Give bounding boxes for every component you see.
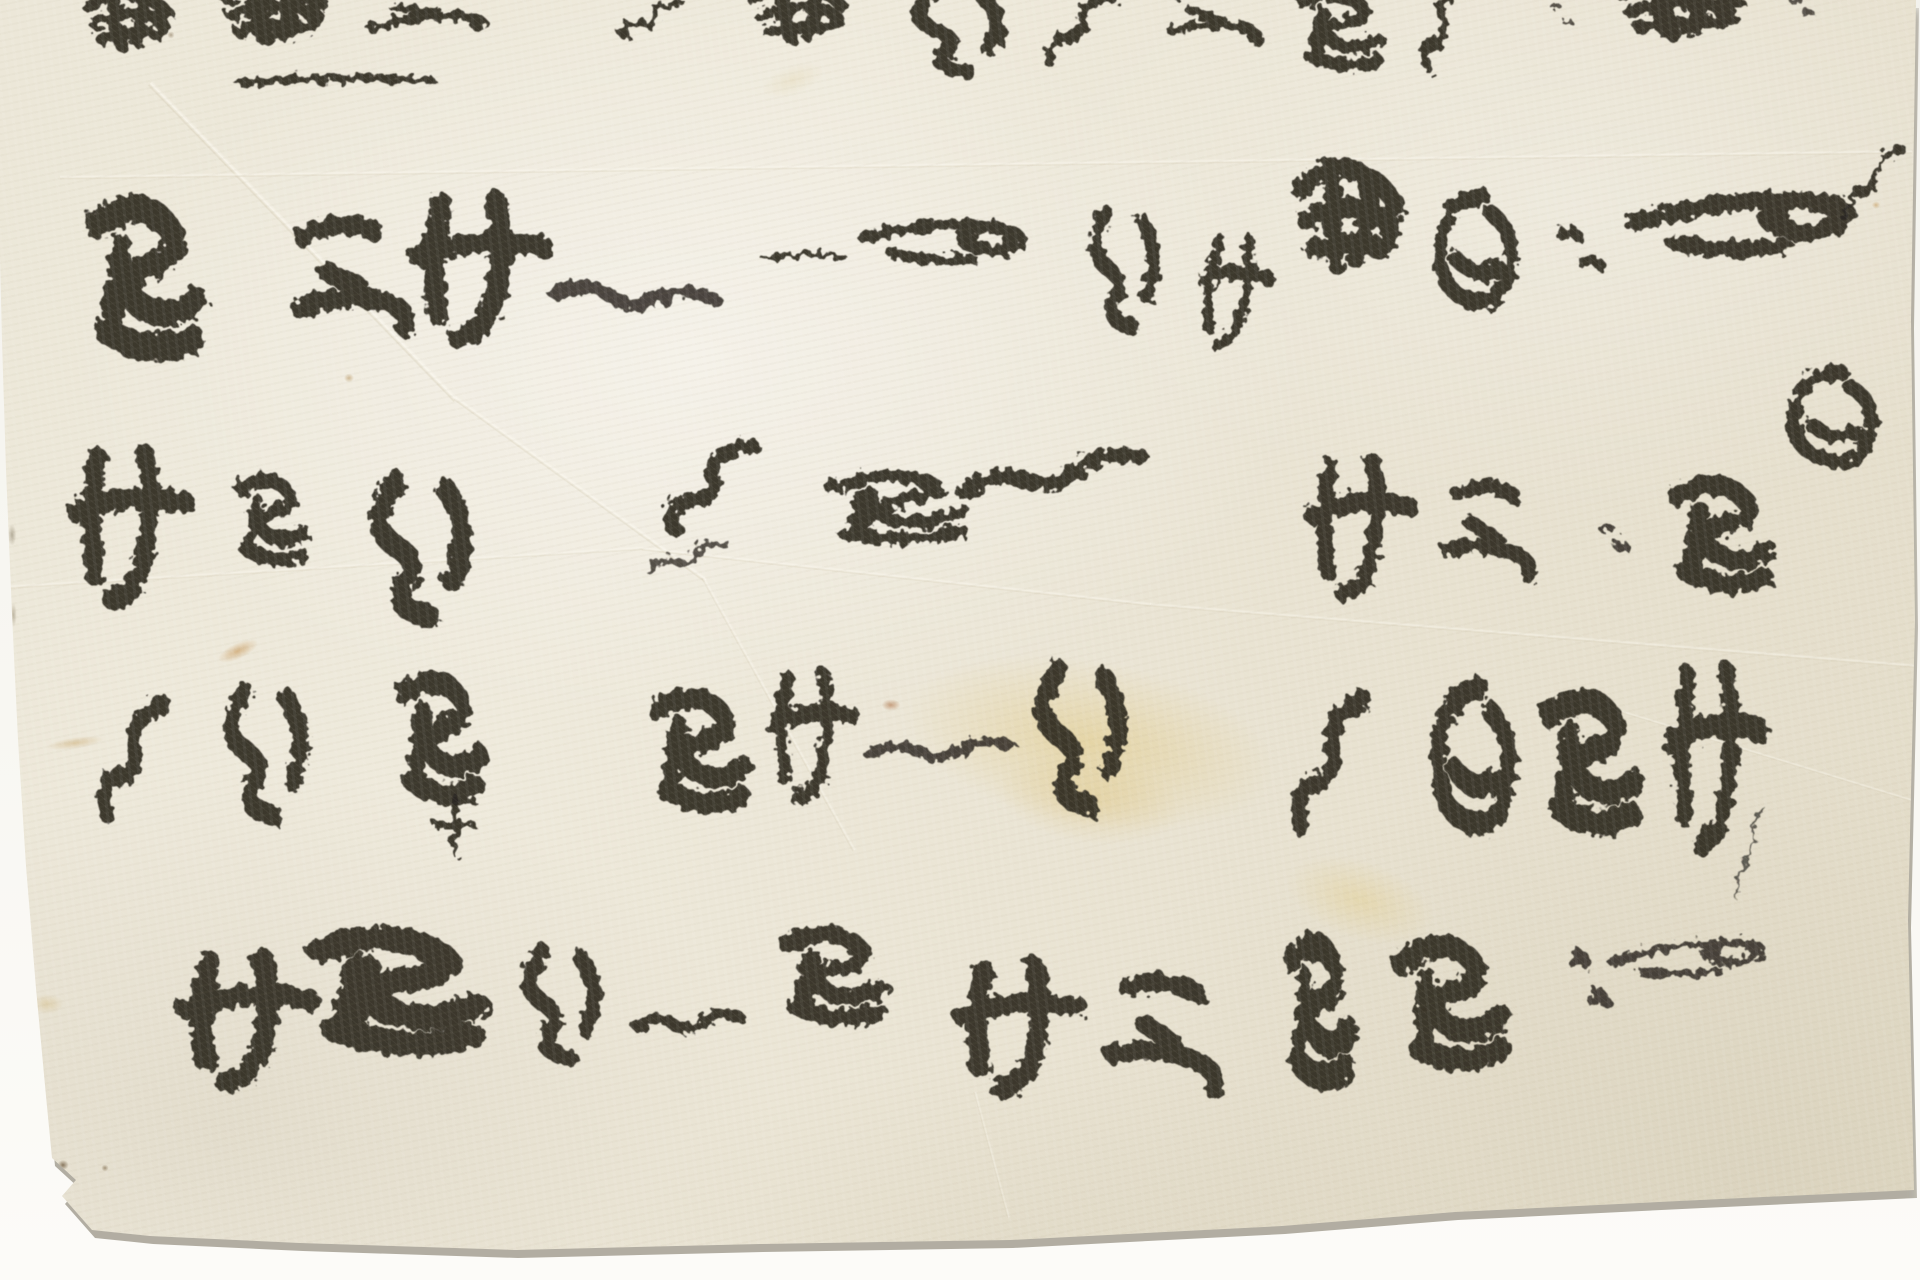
ink-mark	[240, 480, 303, 560]
ink-mark	[1625, 0, 1733, 34]
ink-mark	[1676, 485, 1767, 584]
paper-stain	[100, 1163, 110, 1173]
ink-mark	[920, 0, 998, 71]
ink-mark	[1195, 236, 1274, 350]
ink-mark	[1298, 700, 1363, 827]
ink-mark	[962, 966, 1078, 1089]
paper-stain	[206, 628, 270, 673]
ink-mark	[771, 676, 854, 799]
ink-mark	[867, 225, 1016, 261]
paper-stain	[1870, 200, 1882, 210]
paper-crease	[147, 81, 458, 402]
ink-mark	[1290, 946, 1350, 1077]
calligraphy-ink-layer	[0, 0, 1920, 1280]
ink-mark	[1110, 976, 1231, 1090]
ink-mark	[1792, 0, 1814, 14]
ink-mark	[403, 682, 479, 794]
paper-crease	[453, 396, 707, 583]
ink-mark	[1549, 701, 1634, 822]
paper-stain	[24, 990, 70, 1018]
ink-mark	[1048, 0, 1112, 72]
ink-mark	[1173, 0, 1256, 40]
ink-mark	[622, 0, 682, 45]
paper-stain	[814, 585, 1366, 902]
ink-mark	[324, 938, 474, 1043]
ink-mark	[638, 1013, 739, 1029]
paper-crease	[60, 149, 1912, 180]
ink-mark	[1312, 462, 1410, 593]
ink-mark	[1096, 215, 1154, 326]
ink-mark	[671, 445, 751, 529]
paper-stain	[744, 46, 842, 114]
ink-mark	[89, 0, 167, 44]
ink-mark	[656, 698, 744, 803]
ink-mark	[648, 541, 728, 572]
ink-mark	[1562, 231, 1601, 265]
ink-mark	[78, 455, 186, 599]
ink-mark	[529, 952, 593, 1057]
ink-mark	[872, 742, 1009, 757]
ink-mark	[248, 78, 423, 82]
ink-mark	[95, 210, 197, 348]
ink-mark	[787, 935, 881, 1018]
paper-stain	[166, 30, 176, 40]
paper-stain	[9, 598, 18, 632]
ink-mark	[379, 482, 461, 617]
paper-crease	[701, 576, 857, 851]
ink-mark	[1602, 527, 1628, 548]
manuscript-paper	[0, 0, 1920, 1280]
photo-backdrop	[0, 0, 1920, 1280]
ink-mark	[765, 255, 842, 258]
ink-mark	[1438, 688, 1509, 823]
ink-mark	[1043, 671, 1118, 806]
ink-mark	[1794, 372, 1871, 461]
ink-mark	[1615, 939, 1759, 980]
paper-crease	[0, 546, 643, 590]
ink-mark	[1444, 482, 1541, 577]
paper-stain	[878, 697, 904, 713]
ink-mark	[965, 452, 1139, 496]
paper-stain	[342, 372, 356, 384]
paper-stain	[6, 520, 18, 550]
paper-crease	[1589, 700, 1915, 803]
ink-mark	[418, 201, 542, 339]
ink-mark	[1303, 0, 1379, 65]
paper-crease	[642, 546, 1151, 607]
ink-mark	[231, 693, 300, 816]
ink-mark	[1671, 674, 1761, 844]
ink-mark	[371, 0, 479, 36]
ink-mark	[186, 959, 309, 1082]
paper-stain	[953, 722, 1227, 877]
ink-mark	[1736, 808, 1763, 897]
ink-mark	[1553, 5, 1571, 21]
ink-mark	[1440, 196, 1511, 302]
ink-mark	[1637, 197, 1843, 255]
paper-stain	[34, 730, 115, 757]
paper-crease	[1150, 602, 1918, 669]
ink-mark	[436, 797, 473, 853]
ink-mark	[834, 471, 961, 544]
ink-mark	[1574, 957, 1606, 1002]
ink-mark	[104, 704, 163, 813]
ink-mark	[300, 224, 405, 327]
ink-mark	[1296, 165, 1400, 267]
ink-mark	[754, 0, 842, 38]
ink-mark	[1399, 941, 1505, 1065]
ink-mark	[227, 0, 319, 38]
paper-stain	[1418, 1005, 1430, 1015]
ink-mark	[1844, 139, 1901, 226]
paper-stain	[1243, 815, 1477, 985]
ink-mark	[1417, 0, 1469, 69]
paper-crease	[973, 1091, 1011, 1218]
ink-mark	[557, 278, 713, 313]
